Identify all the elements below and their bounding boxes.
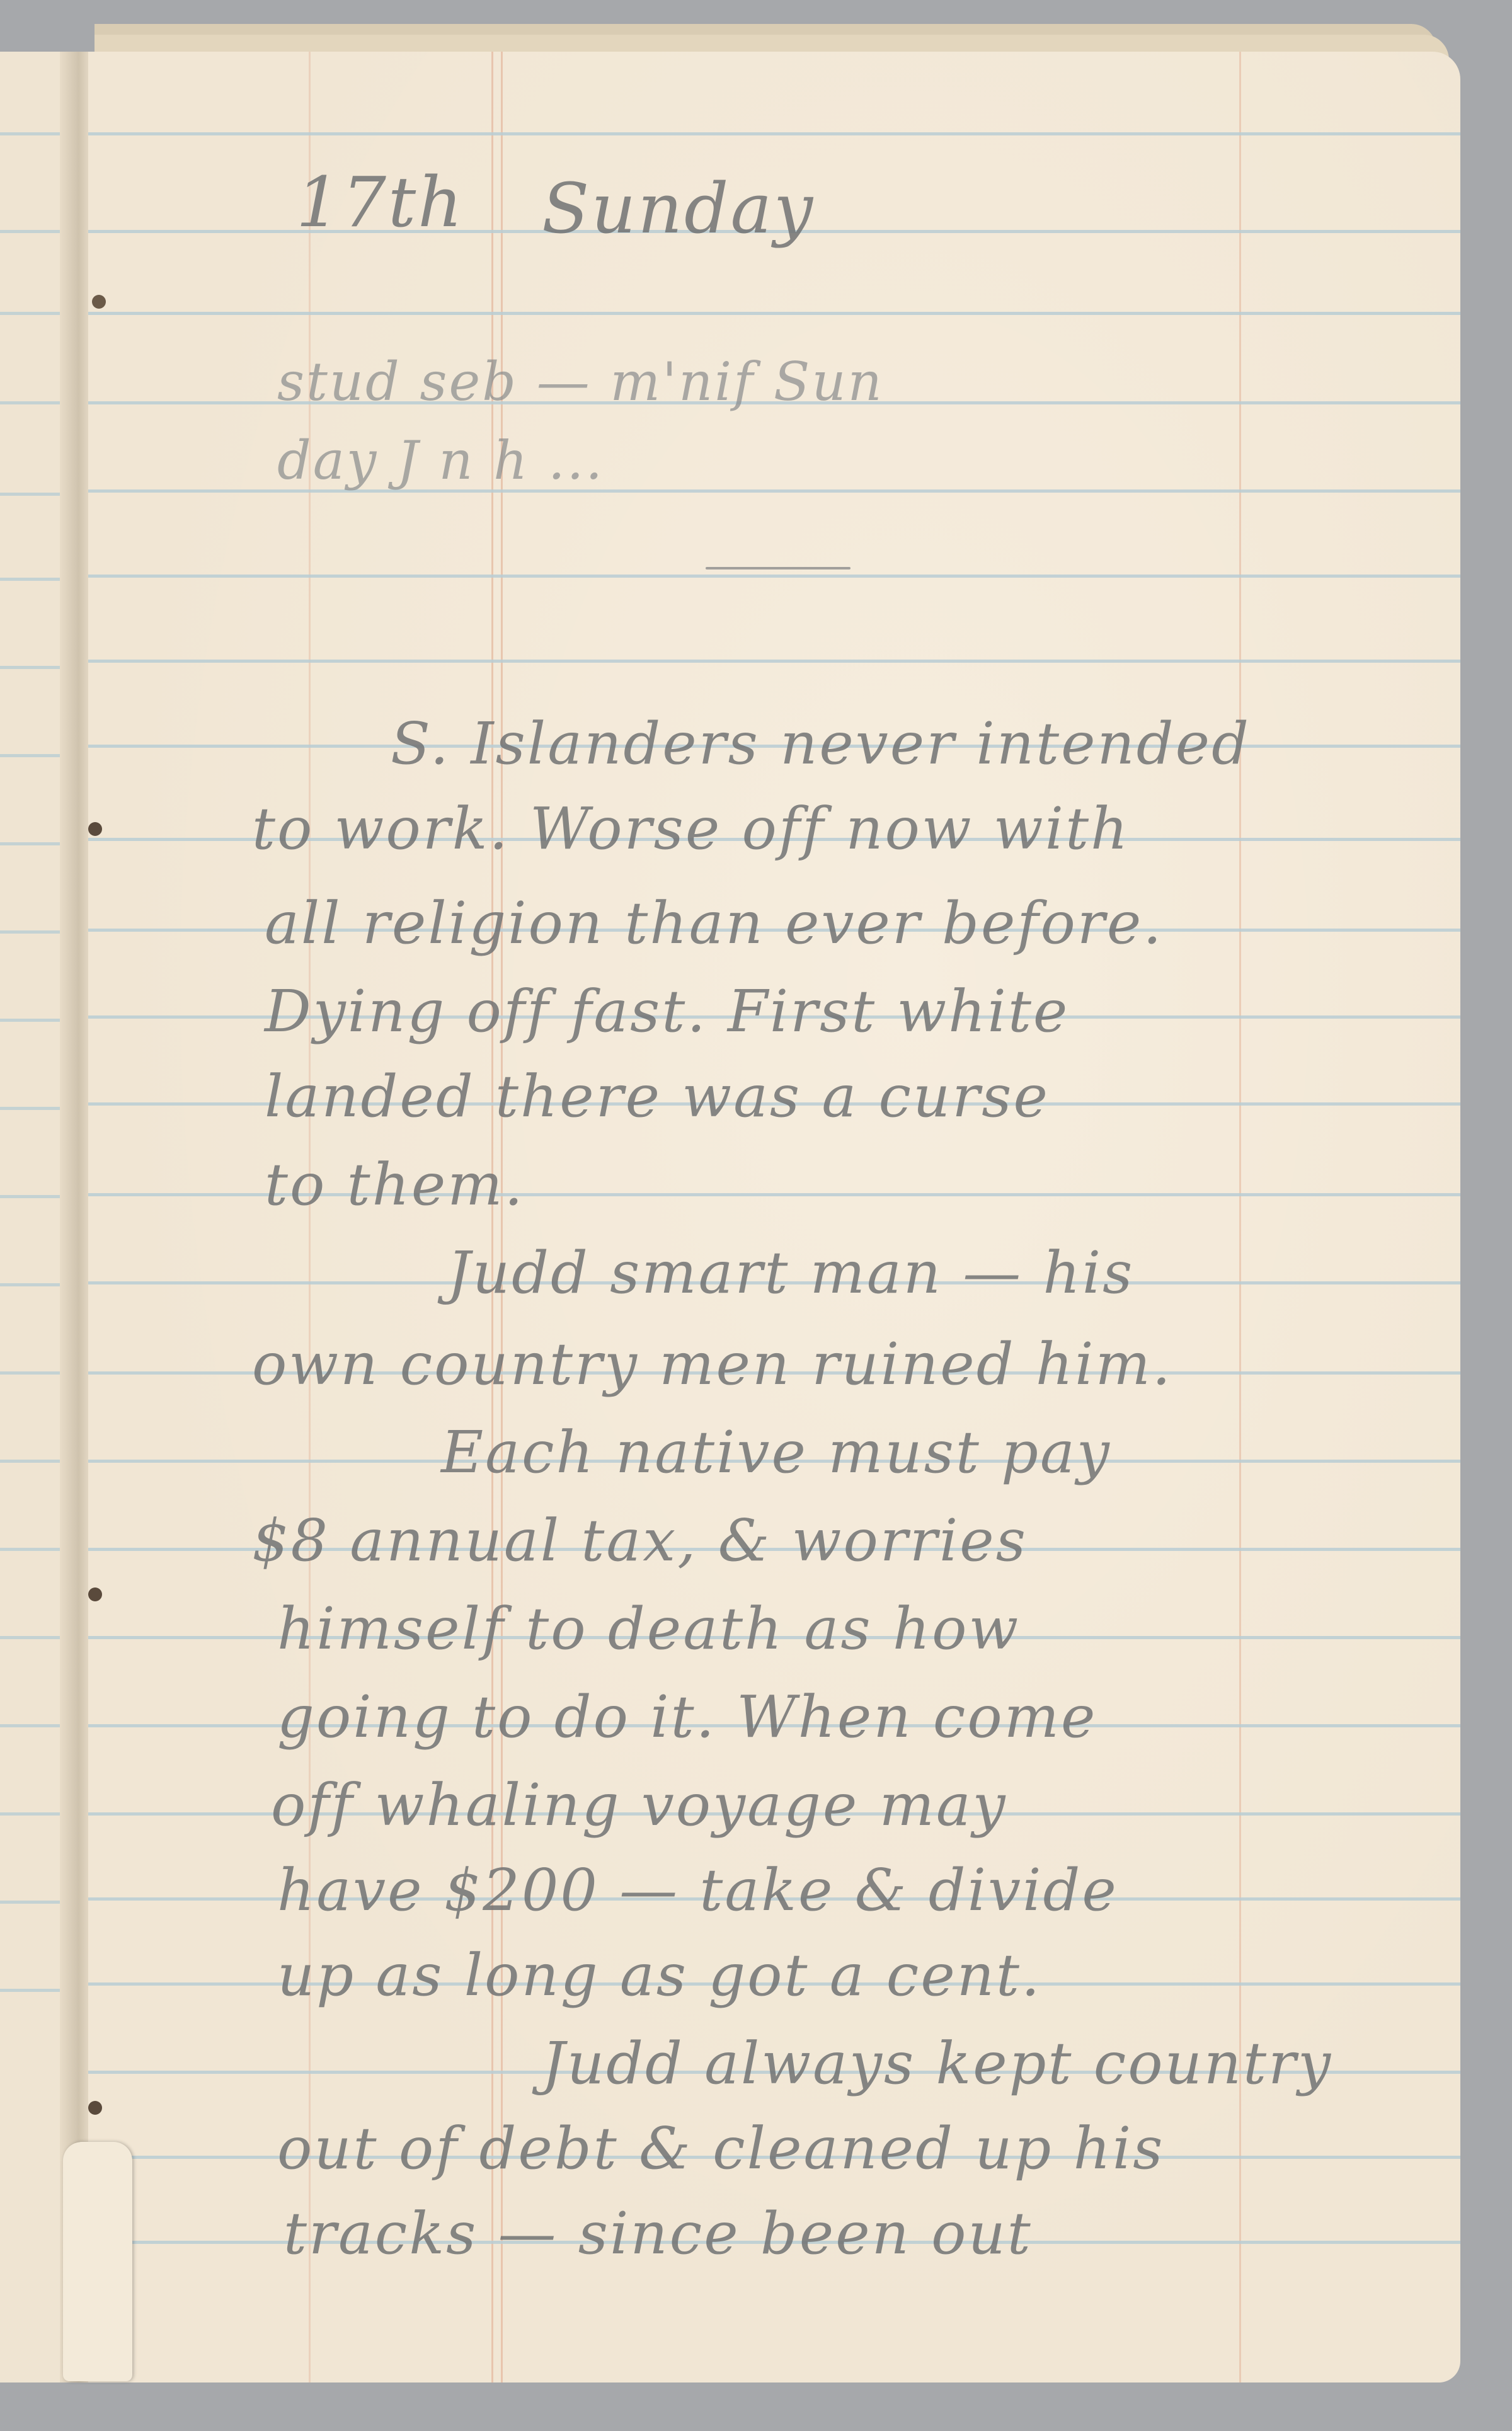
text-line: out of debt & cleaned up his <box>277 2115 1164 2182</box>
text-line: to them. <box>265 1151 525 1218</box>
text-line: up as long as got a cent. <box>277 1942 1041 2009</box>
torn-page-fragment <box>63 2142 132 2381</box>
text-line: himself to death as how <box>277 1595 1020 1662</box>
text-line: S. Islanders never intended <box>391 710 1251 777</box>
notebook-page: 17th Sunday stud seb — m'nif Sun day J n… <box>88 52 1460 2382</box>
text-line: own country men ruined him. <box>252 1330 1172 1398</box>
scribble-line: stud seb — m'nif Sun <box>277 351 884 413</box>
binding-gutter <box>60 52 91 2382</box>
text-line: Dying off fast. First white <box>265 978 1069 1045</box>
binding-hole <box>88 822 102 836</box>
heading-date: 17th <box>296 162 464 243</box>
text-line: Judd always kept country <box>542 2030 1332 2097</box>
ruled-line <box>88 312 1460 315</box>
binding-hole <box>92 295 106 309</box>
text-line: tracks — since been out <box>283 2200 1033 2267</box>
ruled-line <box>88 575 1460 578</box>
text-line: to work. Worse off now with <box>252 795 1130 862</box>
text-line: all religion than ever before. <box>265 889 1164 957</box>
scribble-line: day J n h ... <box>277 430 604 491</box>
text-line: Judd smart man — his <box>447 1239 1134 1307</box>
binding-hole <box>88 1587 102 1601</box>
ruled-line <box>88 132 1460 135</box>
text-line: $8 annual tax, & worries <box>252 1507 1028 1574</box>
text-line: have $200 — take & divide <box>277 1856 1118 1924</box>
ruled-line <box>88 660 1460 663</box>
text-line: going to do it. When come <box>277 1683 1097 1751</box>
text-line: off whaling voyage may <box>271 1771 1007 1839</box>
heading-day: Sunday <box>542 168 815 249</box>
text-line: landed there was a curse <box>265 1063 1050 1130</box>
binding-hole <box>88 2101 102 2115</box>
text-line: Each native must pay <box>441 1419 1111 1486</box>
separator-flourish <box>706 567 850 569</box>
